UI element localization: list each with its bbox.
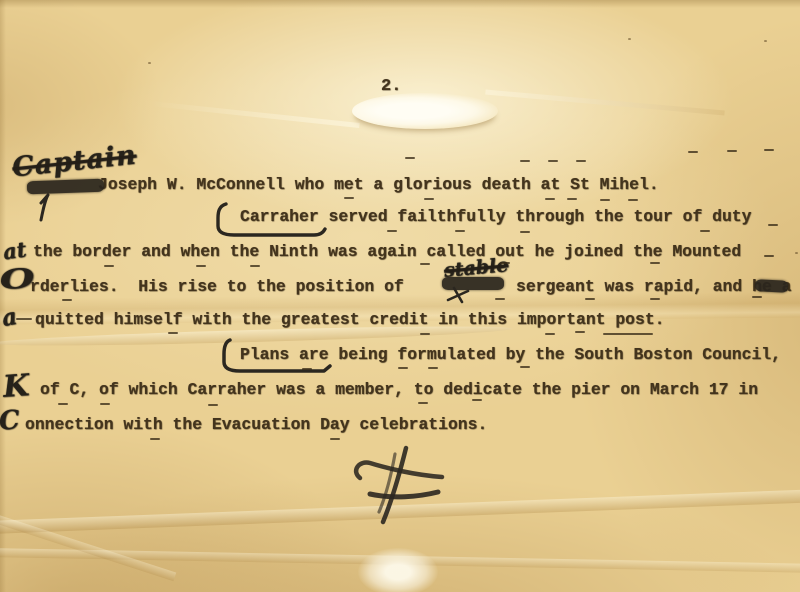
underline-tick bbox=[330, 438, 340, 440]
underline-tick bbox=[208, 404, 218, 406]
underline-tick bbox=[398, 367, 408, 369]
underline-tick bbox=[650, 262, 660, 264]
underline-tick bbox=[545, 333, 555, 335]
underline-tick bbox=[420, 263, 430, 265]
typed-line-1: Joseph W. McConnell who met a glorious d… bbox=[98, 176, 659, 193]
typed-line-5: quitted himself with the greatest credit… bbox=[35, 311, 665, 328]
underline-tick bbox=[104, 265, 114, 267]
bracket-mark-icon bbox=[214, 200, 330, 240]
underline-tick bbox=[405, 157, 415, 159]
underline-tick bbox=[455, 230, 465, 232]
underline-tick bbox=[344, 197, 354, 199]
handwritten-capital-k: K bbox=[2, 368, 30, 405]
underline-tick bbox=[387, 230, 397, 232]
scanned-document-page: 2. Joseph W. McConnell who met a gloriou… bbox=[0, 0, 800, 592]
underline-tick bbox=[545, 198, 555, 200]
typed-line-4b: sergeant was rapid, and he a bbox=[516, 278, 791, 295]
redaction-bar bbox=[755, 279, 789, 293]
underline-tick bbox=[764, 149, 774, 151]
underline-tick bbox=[548, 160, 558, 162]
caret-mark-icon bbox=[34, 192, 54, 222]
underline-tick bbox=[700, 230, 710, 232]
end-mark-icon bbox=[352, 446, 452, 524]
underline-tick bbox=[520, 366, 530, 368]
underline-tick bbox=[150, 438, 160, 440]
underline-tick bbox=[520, 231, 530, 233]
underline-tick bbox=[764, 255, 774, 257]
x-mark-icon bbox=[446, 286, 472, 304]
handwritten-capital-c: C bbox=[0, 405, 21, 437]
page-number: 2. bbox=[381, 78, 401, 95]
paper-speck bbox=[628, 38, 631, 40]
underline-tick bbox=[600, 199, 610, 201]
paper-speck bbox=[795, 252, 798, 254]
underline-tick bbox=[196, 265, 206, 267]
underline-tick bbox=[575, 331, 585, 333]
underline-tick bbox=[58, 403, 68, 405]
paper-speck bbox=[148, 62, 151, 64]
underline-tick bbox=[472, 399, 482, 401]
crease-ray bbox=[150, 101, 359, 128]
underline-tick bbox=[576, 160, 586, 162]
underline-tick bbox=[418, 402, 428, 404]
handwritten-at: at bbox=[1, 236, 28, 264]
underline-tick bbox=[628, 199, 638, 201]
typed-line-3: the border and when the Ninth was again … bbox=[33, 243, 741, 260]
handwritten-capital-o: O bbox=[0, 263, 36, 296]
crease-ray bbox=[485, 90, 725, 116]
paper-tear-mark bbox=[352, 93, 498, 129]
underline-tick bbox=[567, 198, 577, 200]
typed-line-4a: rderlies. His rise to the position of bbox=[30, 278, 404, 295]
underline-tick bbox=[428, 367, 438, 369]
underline-tick bbox=[520, 160, 530, 162]
underline-tick bbox=[100, 403, 110, 405]
underline-tick bbox=[727, 150, 737, 152]
underline-tick bbox=[768, 224, 778, 226]
typed-line-7: of C, of which Carraher was a member, to… bbox=[40, 381, 758, 398]
typed-line-8: onnection with the Evacuation Day celebr… bbox=[25, 416, 487, 433]
underline-tick bbox=[603, 333, 653, 335]
underline-tick bbox=[688, 151, 698, 153]
paper-speck bbox=[764, 40, 767, 42]
underline-tick bbox=[250, 265, 260, 267]
bracket-mark-icon bbox=[220, 338, 336, 376]
paper-worn-spot bbox=[358, 548, 438, 592]
underline-tick bbox=[424, 198, 434, 200]
